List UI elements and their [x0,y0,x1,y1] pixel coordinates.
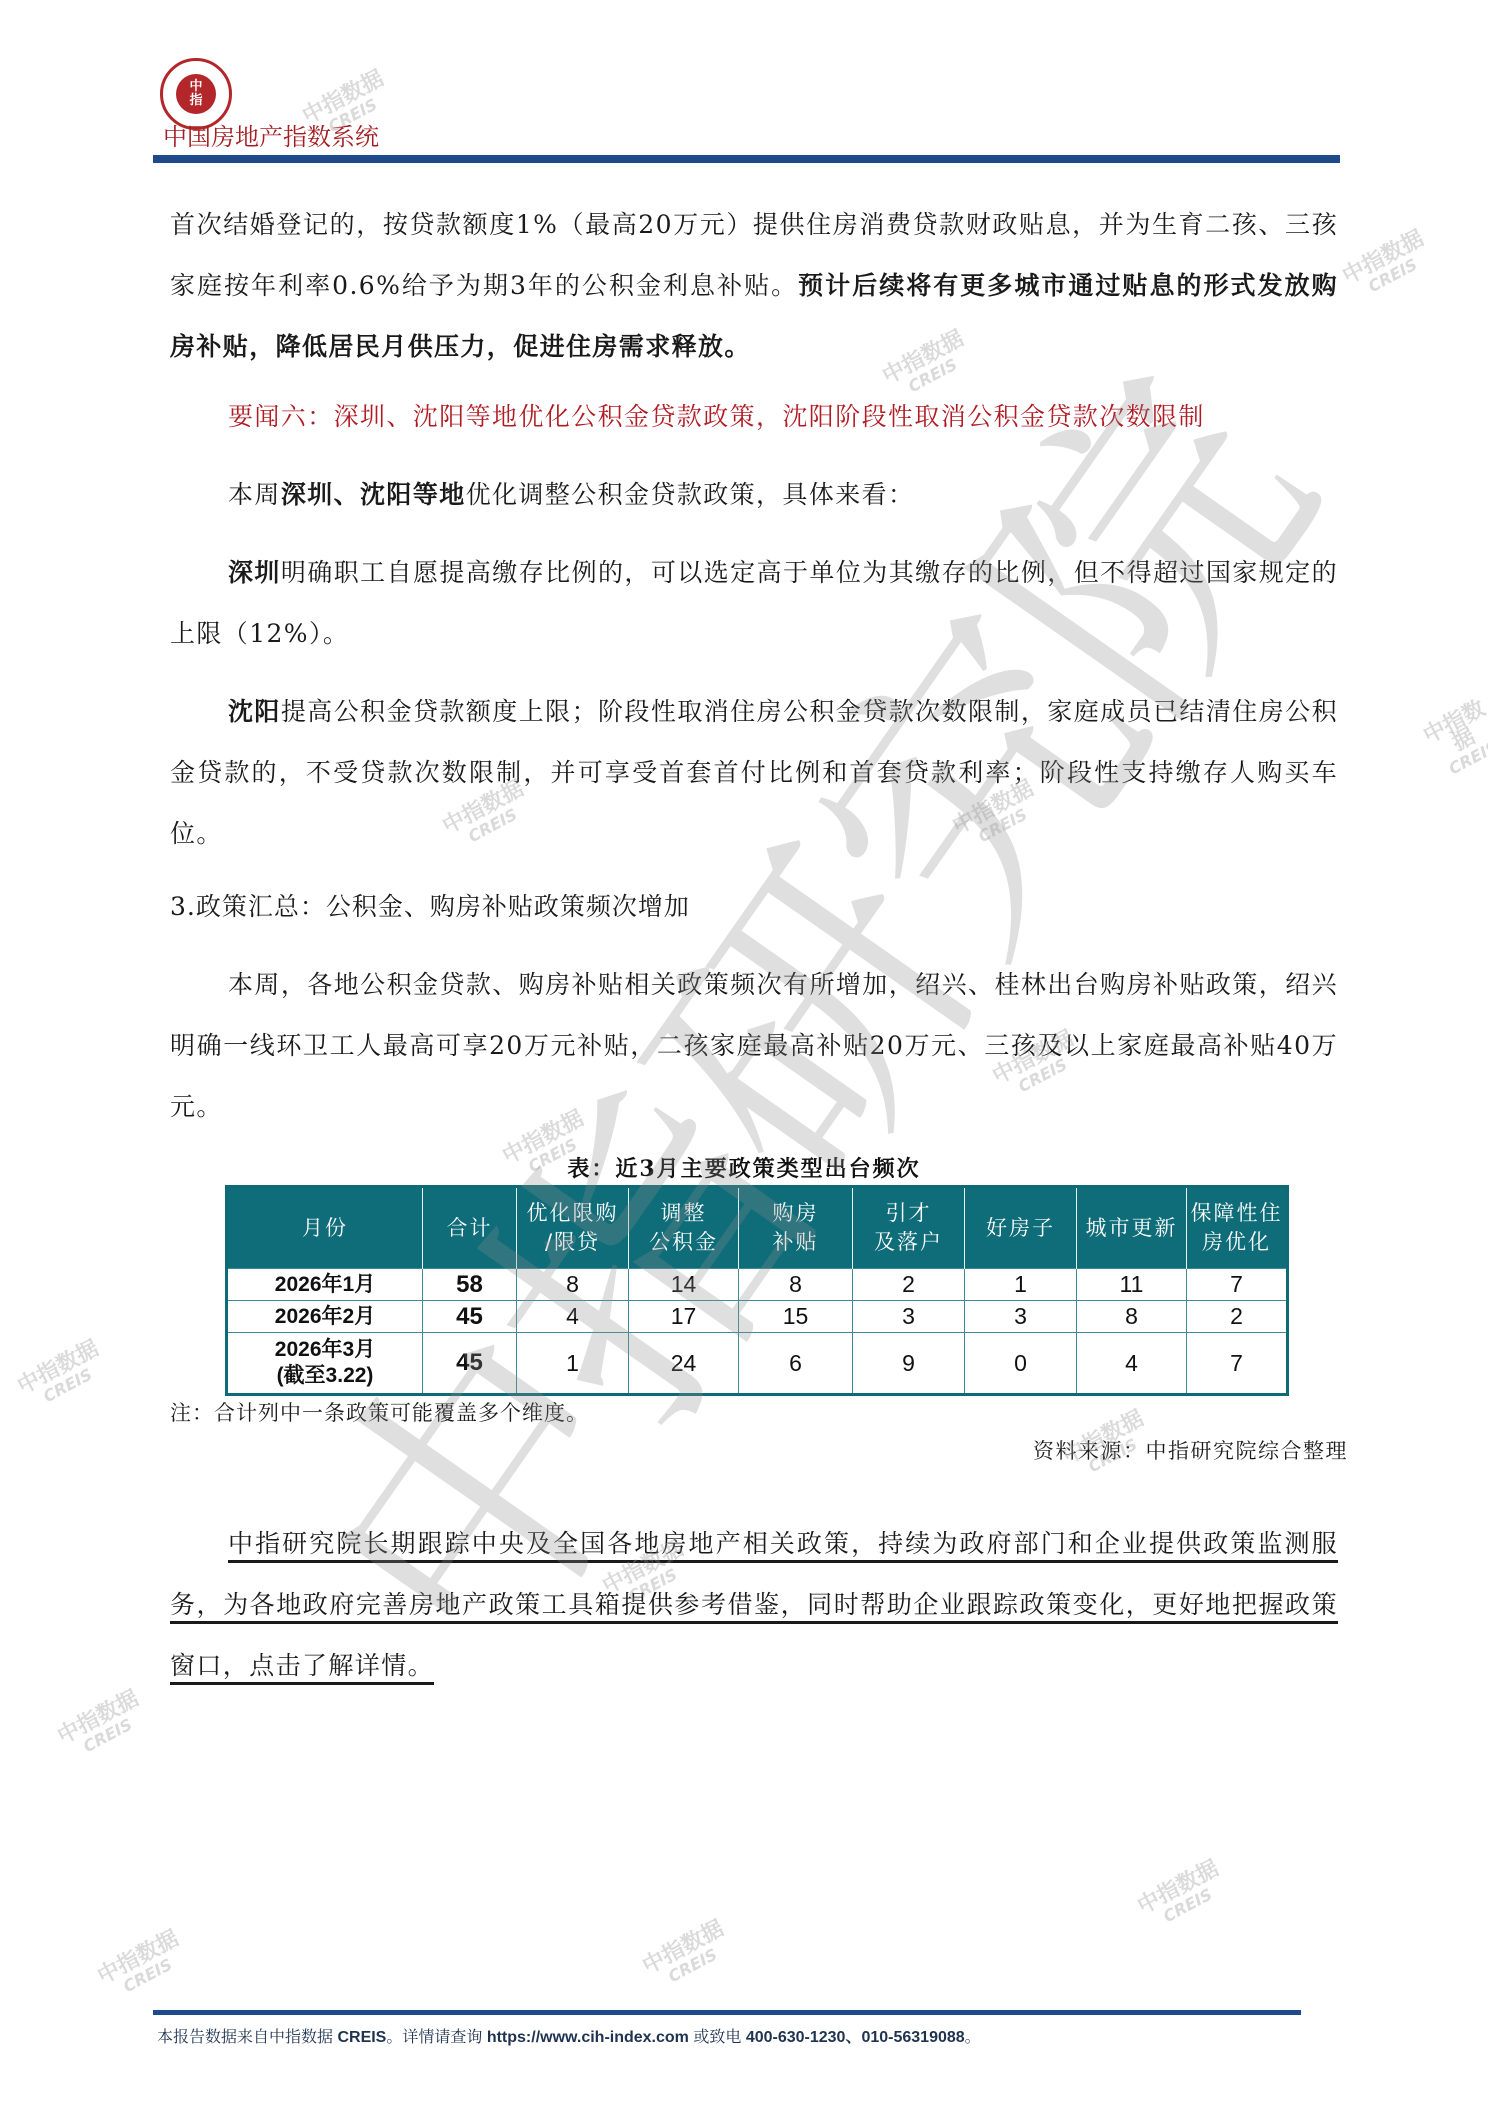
watermark-small: 中指数据CREIS [1340,229,1436,306]
intro-paragraph: 本周深圳、沈阳等地优化调整公积金贷款政策，具体来看： [170,464,1338,525]
header-good-housing: 好房子 [965,1187,1077,1269]
month-label: 2026年3月 [275,1338,375,1361]
shenyang-label: 沈阳 [228,697,281,726]
table-note: 注：合计列中一条政策可能覆盖多个维度。 [170,1397,588,1427]
cell-value: 8 [1077,1301,1187,1333]
footer-prefix: 本报告数据来自中指数据 [157,2029,337,2046]
header-divider [153,155,1340,163]
section-three-paragraph: 本周，各地公积金贷款、购房补贴相关政策频次有所增加，绍兴、桂林出台购房补贴政策，… [170,954,1338,1137]
table-caption: 表：近3月主要政策类型出台频次 [0,1152,1488,1183]
table-row: 2026年1月 58 8 14 8 2 1 11 7 [227,1269,1288,1301]
cell-value: 6 [739,1333,853,1395]
cell-total: 58 [423,1269,517,1301]
table-source: 资料来源：中指研究院综合整理 [1033,1435,1348,1465]
table-row: 2026年3月 (截至3.22) 45 1 24 6 9 0 4 7 [227,1333,1288,1395]
logo-emblem: 中 指 [176,74,216,114]
cell-value: 2 [853,1269,965,1301]
cell-value: 1 [517,1333,629,1395]
cell-value: 3 [853,1301,965,1333]
header-month: 月份 [227,1187,423,1269]
cell-value: 4 [517,1301,629,1333]
header-purchase-subsidy: 购房补贴 [739,1187,853,1269]
cell-value: 0 [965,1333,1077,1395]
cell-month: 2026年3月 (截至3.22) [227,1333,423,1395]
shenzhen-label: 深圳 [228,558,281,587]
cell-value: 8 [517,1269,629,1301]
cell-value: 7 [1187,1269,1288,1301]
table-header-row: 月份 合计 优化限购/限贷 调整公积金 购房补贴 引才及落户 好房子 城市更新 … [227,1187,1288,1269]
header-affordable-housing: 保障性住房优化 [1187,1187,1288,1269]
shenyang-text: 提高公积金贷款额度上限；阶段性取消住房公积金贷款次数限制，家庭成员已结清住房公积… [170,697,1338,848]
footer-phone-prefix: 或致电 [689,2029,746,2046]
header-purchase-loan-limits: 优化限购/限贷 [517,1187,629,1269]
intro-prefix: 本周 [228,480,281,509]
cell-month: 2026年1月 [227,1269,423,1301]
header-urban-renewal: 城市更新 [1077,1187,1187,1269]
table-row: 2026年2月 45 4 17 15 3 3 8 2 [227,1301,1288,1333]
cell-value: 3 [965,1301,1077,1333]
footer-divider [153,2010,1301,2015]
cell-value: 11 [1077,1269,1187,1301]
cell-value: 15 [739,1301,853,1333]
header-total: 合计 [423,1187,517,1269]
shenzhen-paragraph: 深圳明确职工自愿提高缴存比例的，可以选定高于单位为其缴存的比例，但不得超过国家规… [170,542,1338,664]
cell-value: 17 [629,1301,739,1333]
footer-phones: 400-630-1230、010-56319088 [746,2029,965,2046]
cell-value: 14 [629,1269,739,1301]
header-talent-hukou: 引才及落户 [853,1187,965,1269]
learn-more-link[interactable]: 中指研究院长期跟踪中央及全国各地房地产相关政策，持续为政府部门和企业提供政策监测… [170,1529,1338,1680]
promo-paragraph: 中指研究院长期跟踪中央及全国各地房地产相关政策，持续为政府部门和企业提供政策监测… [170,1513,1338,1696]
shenzhen-text: 明确职工自愿提高缴存比例的，可以选定高于单位为其缴存的比例，但不得超过国家规定的… [170,558,1338,648]
watermark-small: 中指数据CREIS [55,1689,151,1766]
cell-value: 9 [853,1333,965,1395]
footer-creis: CREIS [337,2029,386,2046]
footer-url-link[interactable]: https://www.cih-index.com [487,2029,689,2046]
cell-value: 2 [1187,1301,1288,1333]
footer-end: 。 [965,2029,981,2046]
intro-suffix: 优化调整公积金贷款政策，具体来看： [466,480,915,509]
policy-frequency-table: 月份 合计 优化限购/限贷 调整公积金 购房补贴 引才及落户 好房子 城市更新 … [225,1185,1289,1396]
cell-total: 45 [423,1333,517,1395]
cell-month: 2026年2月 [227,1301,423,1333]
watermark-small: 中指数据CREIS [640,1919,736,1996]
watermark-small: 中指数据CREIS [95,1929,191,2006]
cell-value: 1 [965,1269,1077,1301]
footer-disclaimer: 本报告数据来自中指数据 CREIS。详情请查询 https://www.cih-… [157,2024,981,2047]
brand-title: 中国房地产指数系统 [163,117,379,152]
cell-value: 24 [629,1333,739,1395]
watermark-small: 中指数据CREIS [15,1339,111,1416]
watermark-small: 中指数据CREIS [1135,1859,1231,1936]
section-three-title: 3.政策汇总：公积金、购房补贴政策频次增加 [170,876,1338,937]
cell-value: 7 [1187,1333,1288,1395]
cell-total: 45 [423,1301,517,1333]
logo-char-top: 中 [189,80,202,94]
watermark-small: 中指数据CREIS [1420,698,1488,783]
month-cutoff-note: (截至3.22) [277,1364,374,1387]
cell-value: 4 [1077,1333,1187,1395]
paragraph-continuation: 首次结婚登记的，按贷款额度1%（最高20万元）提供住房消费贷款财政贴息，并为生育… [170,194,1338,377]
footer-mid: 。详情请查询 [386,2029,486,2046]
intro-cities: 深圳、沈阳等地 [281,480,466,509]
logo-char-bottom: 指 [189,94,202,108]
header-provident-fund: 调整公积金 [629,1187,739,1269]
cell-value: 8 [739,1269,853,1301]
headline-six: 要闻六：深圳、沈阳等地优化公积金贷款政策，沈阳阶段性取消公积金贷款次数限制 [170,386,1338,447]
shenyang-paragraph: 沈阳提高公积金贷款额度上限；阶段性取消住房公积金贷款次数限制，家庭成员已结清住房… [170,681,1338,864]
